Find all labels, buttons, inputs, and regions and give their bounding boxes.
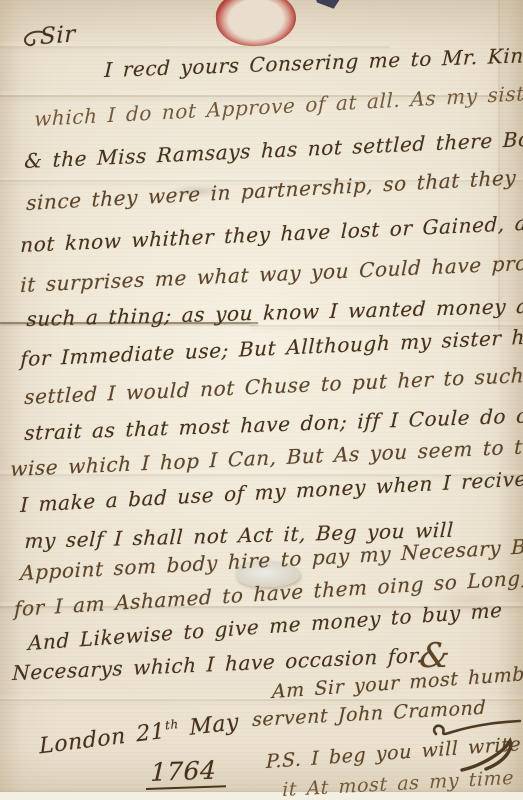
dateline-year: 1764 bbox=[146, 755, 227, 790]
photo-edge bbox=[0, 792, 523, 800]
pen-flourish-icon bbox=[458, 736, 520, 776]
letter-photo: Sir I recd yours Consering me to Mr. Kin… bbox=[0, 0, 523, 800]
pen-flourish-icon bbox=[20, 28, 46, 50]
dateline-ordinal: th bbox=[165, 717, 179, 733]
